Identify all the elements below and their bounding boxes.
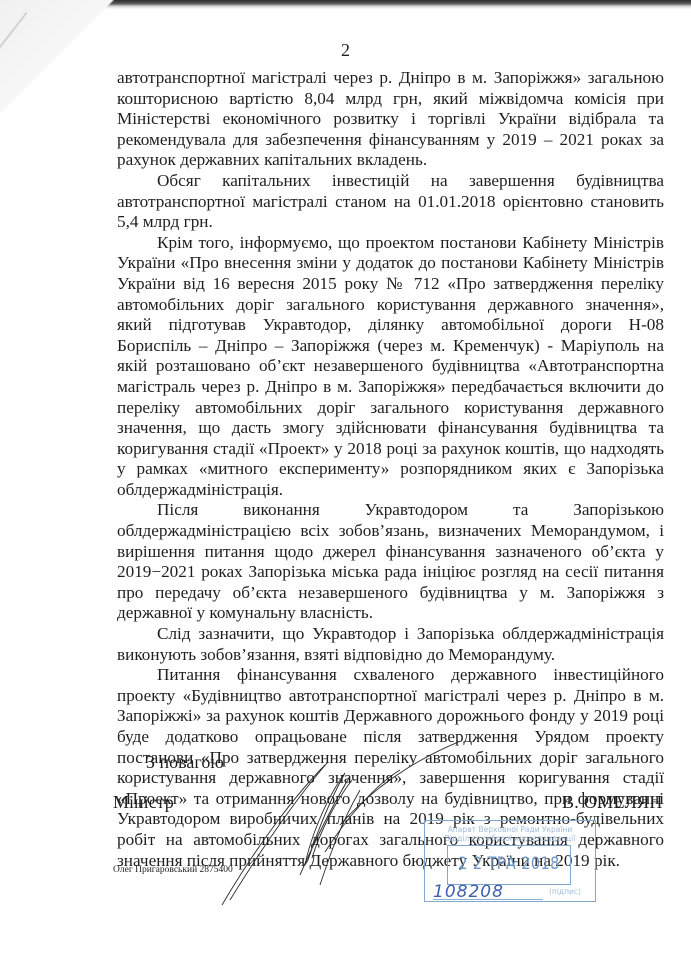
paragraph-memorandum-compliance: Слід зазначити, що Укравтодор і Запорізь… [117,624,664,665]
paragraph-investment-volume: Обсяг капітальних інвестицій на завершен… [117,171,664,233]
folded-page-corner [0,0,120,130]
signatory-title: Міністр [113,792,174,813]
stamp-department: Відділ службової кореспонденції [425,834,595,843]
paragraph-cabinet-resolution: Крім того, інформуємо, що проектом поста… [117,233,664,501]
stamp-underline [433,899,543,900]
stamp-date-box: 2 2 ТРА 2018 [447,845,571,885]
stamp-date: 2 2 ТРА 2018 [457,854,561,874]
page-number: 2 [0,40,691,61]
handwritten-signature-icon [200,740,460,920]
signatory-name: В. ОМЕЛЯН [562,792,663,813]
stamp-organization: Апарат Верховної Ради України [425,825,595,834]
paragraph-memorandum-obligations: Після виконання Укравтодором та Запорізь… [117,500,664,624]
paragraph-continuation: автотранспортної магістралі через р. Дні… [117,68,664,171]
registration-stamp: Апарат Верховної Ради України Відділ слу… [424,820,596,902]
stamp-sign-label: (підпис) [549,887,581,896]
